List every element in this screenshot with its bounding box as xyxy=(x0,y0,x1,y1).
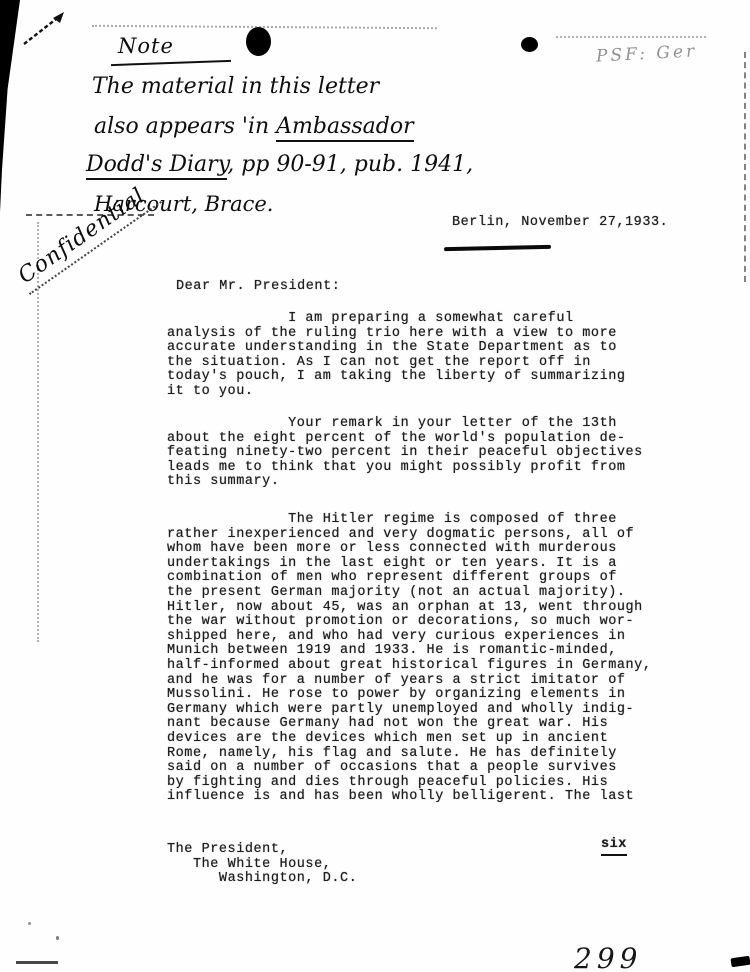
note-heading: Note xyxy=(118,34,174,58)
dashed-line-right-edge xyxy=(744,52,746,282)
continuation-word: six xyxy=(601,838,627,856)
note-line-2: also appears 'in Ambassador xyxy=(94,114,414,139)
dateline: Berlin, November 27,1933. xyxy=(452,216,668,231)
pen-arrow-icon xyxy=(18,6,70,50)
note-line-1: The material in this letter xyxy=(92,74,379,99)
pen-underline-date xyxy=(444,245,551,251)
note-line-3: Dodd's Diary, pp 90-91, pub. 1941, xyxy=(86,152,473,177)
hole-punch-left xyxy=(246,27,271,56)
letter-paragraph-1: I am preparing a somewhat careful analys… xyxy=(167,312,667,400)
note-line-3-underlined: Dodd's Diary xyxy=(86,152,227,180)
scanned-letter-page: PSF: Ger Note The material in this lette… xyxy=(0,0,750,972)
inside-address: The President, The White House, Washingt… xyxy=(167,843,357,887)
letter-paragraph-2: Your remark in your letter of the 13th a… xyxy=(167,417,667,490)
note-heading-underline xyxy=(111,60,231,66)
page-number-annotation: 299 xyxy=(574,942,642,972)
speckle-line-top-right xyxy=(556,36,706,38)
scan-mark-bottom-left xyxy=(16,961,58,964)
salutation: Dear Mr. President: xyxy=(176,280,340,295)
confidential-annotation: Confidential xyxy=(12,177,161,295)
speck xyxy=(28,922,31,925)
hole-punch-right xyxy=(521,37,538,52)
letter-paragraph-3: The Hitler regime is composed of three r… xyxy=(167,513,672,805)
note-line-2-text: also appears 'in xyxy=(94,114,276,139)
archive-ref-annotation: PSF: Ger xyxy=(596,41,698,66)
scan-edge-artifact xyxy=(0,0,20,212)
note-line-2-underlined: Ambassador xyxy=(276,114,414,142)
scan-mark-bottom-right xyxy=(730,956,750,968)
speck xyxy=(56,936,59,940)
note-line-3-text: , pp 90-91, pub. 1941, xyxy=(227,152,473,177)
